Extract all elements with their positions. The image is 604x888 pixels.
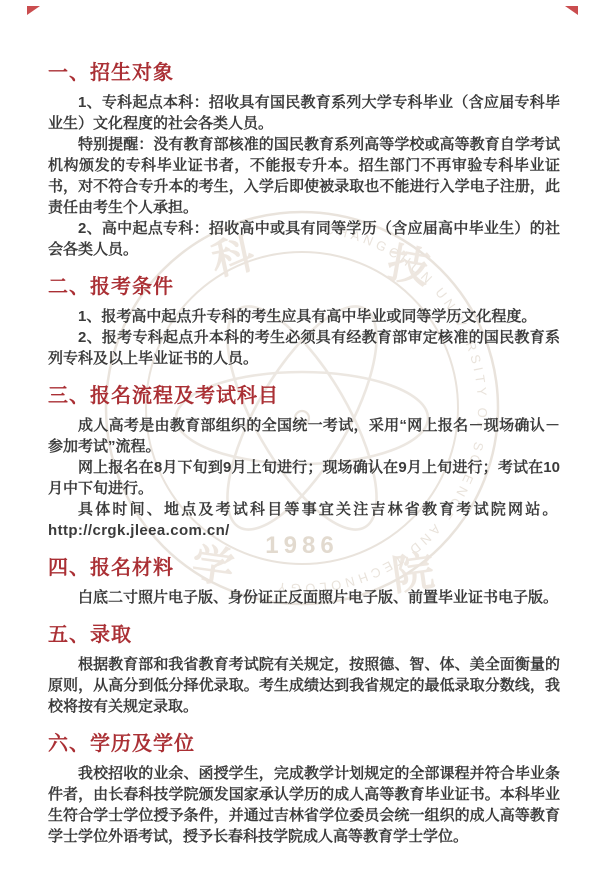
section-heading: 一、招生对象 — [48, 60, 560, 86]
paragraph: 2、报考专科起点升本科的考生必须具有经教育部审定核准的国民教育系列专科及以上毕业… — [48, 327, 560, 369]
url-text[interactable]: http://crgk.jleea.com.cn/ — [48, 520, 560, 541]
paragraph: 1、专科起点本科：招收具有国民教育系列大学专科毕业（含应届专科毕业生）文化程度的… — [48, 92, 560, 134]
section: 一、招生对象1、专科起点本科：招收具有国民教育系列大学专科毕业（含应届专科毕业生… — [48, 60, 560, 260]
document-body: 一、招生对象1、专科起点本科：招收具有国民教育系列大学专科毕业（含应届专科毕业生… — [0, 0, 604, 847]
section: 五、录取根据教育部和我省教育考试院有关规定，按照德、智、体、美全面衡量的原则，从… — [48, 622, 560, 717]
section-heading: 二、报考条件 — [48, 274, 560, 300]
section: 三、报名流程及考试科目成人高考是由教育部组织的全国统一考试，采用“网上报名－现场… — [48, 383, 560, 541]
paragraph: 2、高中起点专科：招收高中或具有同等学历（含应届高中毕业生）的社会各类人员。 — [48, 218, 560, 260]
paragraph: 白底二寸照片电子版、身份证正反面照片电子版、前置毕业证书电子版。 — [48, 587, 560, 608]
document-page: CHANGCHUN UNIVERSITY OF SCIENCE AND TECH… — [0, 0, 604, 888]
paragraph: 成人高考是由教育部组织的全国统一考试，采用“网上报名－现场确认－参加考试”流程。 — [48, 415, 560, 457]
paragraph: 具体时间、地点及考试科目等事宜关注吉林省教育考试院网站。 — [48, 499, 560, 520]
paragraph: 根据教育部和我省教育考试院有关规定，按照德、智、体、美全面衡量的原则，从高分到低… — [48, 654, 560, 717]
paragraph: 我校招收的业余、函授学生，完成教学计划规定的全部课程并符合毕业条件者，由长春科技… — [48, 763, 560, 847]
paragraph: 特别提醒：没有教育部核准的国民教育系列高等学校或高等教育自学考试机构颁发的专科毕… — [48, 134, 560, 218]
paragraph: 1、报考高中起点升专科的考生应具有高中毕业或同等学历文化程度。 — [48, 306, 560, 327]
section: 六、学历及学位我校招收的业余、函授学生，完成教学计划规定的全部课程并符合毕业条件… — [48, 731, 560, 847]
section-heading: 三、报名流程及考试科目 — [48, 383, 560, 409]
paragraph: 网上报名在8月下旬到9月上旬进行；现场确认在9月上旬进行；考试在10月中下旬进行… — [48, 457, 560, 499]
section: 四、报名材料白底二寸照片电子版、身份证正反面照片电子版、前置毕业证书电子版。 — [48, 555, 560, 608]
section: 二、报考条件1、报考高中起点升专科的考生应具有高中毕业或同等学历文化程度。2、报… — [48, 274, 560, 369]
section-heading: 六、学历及学位 — [48, 731, 560, 757]
section-heading: 五、录取 — [48, 622, 560, 648]
section-heading: 四、报名材料 — [48, 555, 560, 581]
